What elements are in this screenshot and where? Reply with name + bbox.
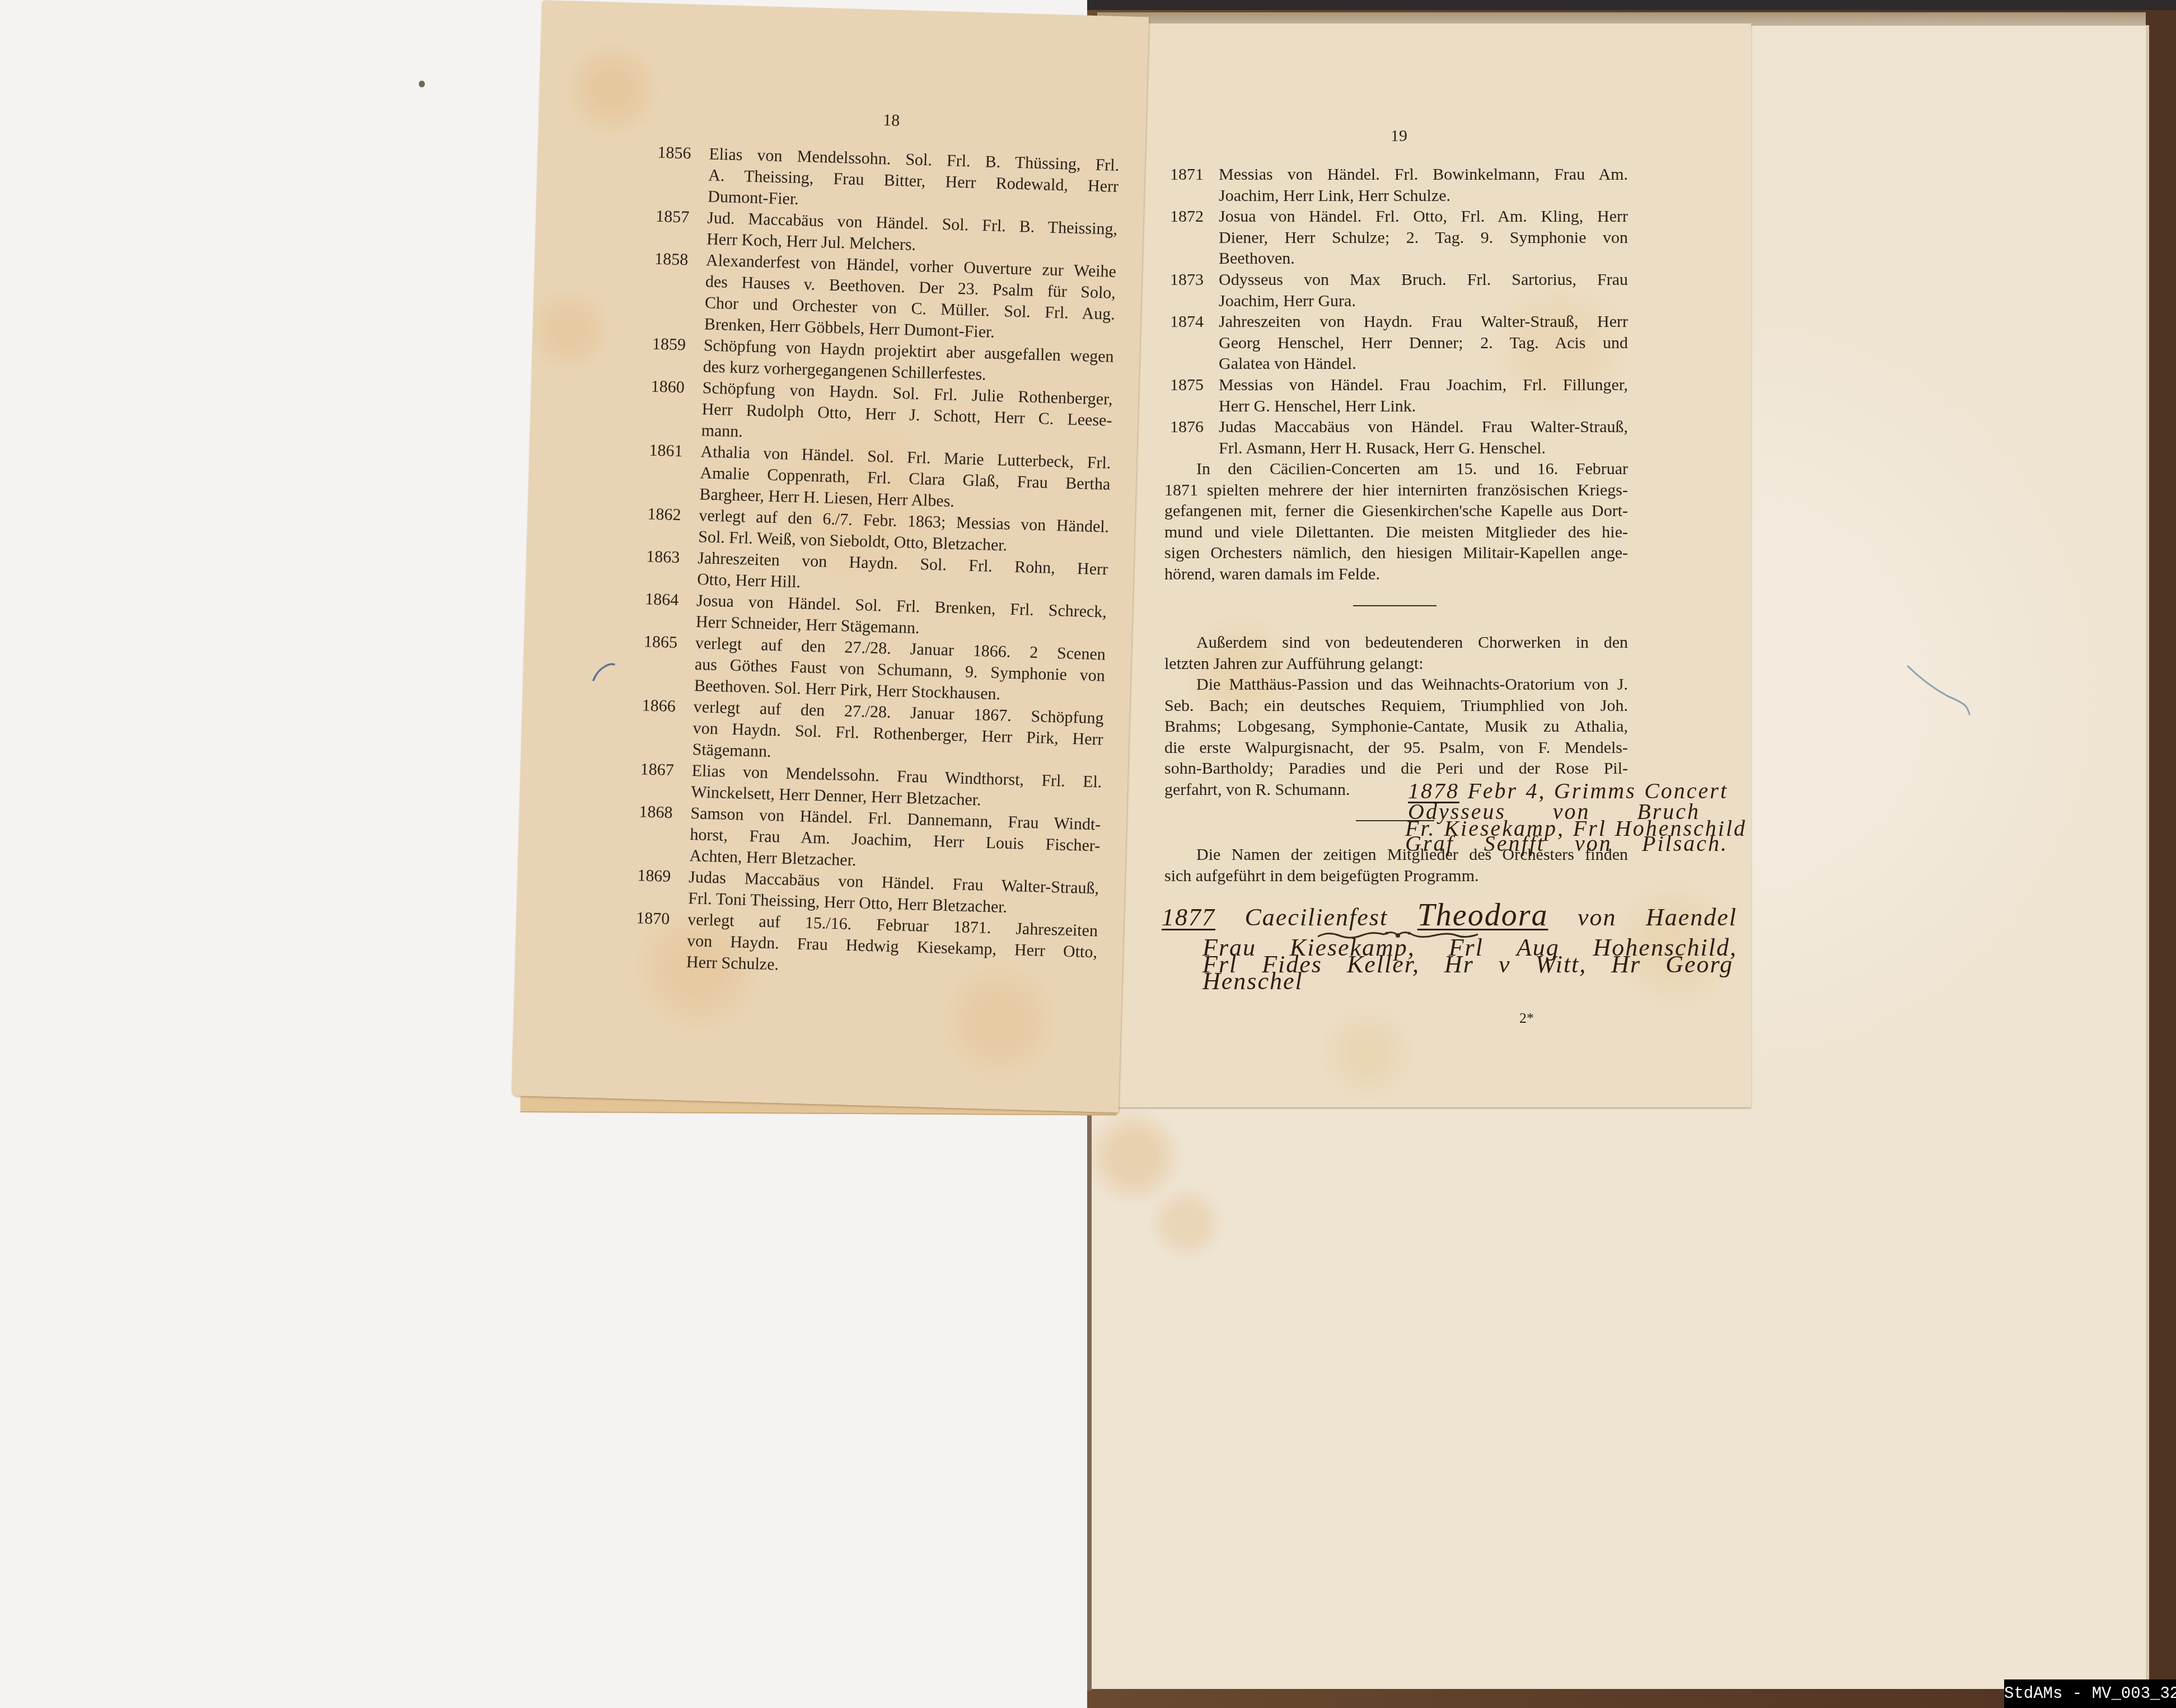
entry-year: 1862	[647, 504, 681, 526]
concert-entries: 1871 Messias von Händel. Frl. Bowinkelma…	[1170, 164, 1628, 458]
entry-line: Frl. Asmann, Herr H. Rusack, Herr G. Hen…	[1219, 438, 1628, 459]
entry-line: Messias von Händel. Frl. Bowinkelmann, F…	[1219, 164, 1628, 185]
page-number: 18	[874, 111, 909, 131]
entry-line: Galatea von Händel.	[1219, 353, 1628, 375]
scan-canvas: 19 1871 Messias von Händel. Frl. Bowinke…	[0, 0, 2176, 1708]
paragraph-line: sich aufgeführt in dem beigefügten Progr…	[1164, 865, 1628, 887]
handwritten-line: Graf Senfft von Pilsach.	[1405, 832, 1728, 855]
entry-year: 1857	[656, 206, 690, 228]
entry-line: Josua von Händel. Frl. Otto, Frl. Am. Kl…	[1219, 206, 1628, 227]
entry-year: 1864	[645, 589, 679, 611]
paragraph-choral-works-intro: Außerdem sind von bedeutenderen Chorwerk…	[1164, 632, 1628, 674]
concert-entry: 1876 Judas Maccabäus von Händel. Frau Wa…	[1170, 417, 1628, 458]
concert-entry: 1873 Odysseus von Max Bruch. Frl. Sartor…	[1170, 269, 1628, 311]
book-spine-cloth	[1087, 0, 2176, 10]
entry-year: 1875	[1170, 375, 1204, 396]
paragraph-line: 1871 spielten mehrere der hier internirt…	[1164, 480, 1628, 501]
entry-year: 1859	[652, 334, 686, 356]
paragraph-line: sigen Orchesters nämlich, den hiesigen M…	[1164, 542, 1628, 564]
entry-line: Herr G. Henschel, Herr Link.	[1219, 396, 1628, 417]
entry-year: 1869	[637, 865, 671, 887]
handwritten-work-title: Theodora	[1417, 898, 1548, 933]
handwritten-year: 1877	[1162, 904, 1215, 931]
entry-year: 1867	[640, 759, 674, 781]
concert-entries: 1856 Elias von Mendelssohn. Sol. Frl. B.…	[635, 142, 1120, 984]
paragraph-line: Brahms; Lobgesang, Symphonie-Cantate, Mu…	[1164, 716, 1628, 737]
concert-entry: 1875 Messias von Händel. Frau Joachim, F…	[1170, 375, 1628, 417]
concert-entry: 1872 Josua von Händel. Frl. Otto, Frl. A…	[1170, 206, 1628, 269]
handwritten-composer: von Haendel	[1578, 904, 1737, 931]
entry-year: 1856	[657, 142, 691, 165]
entry-year: 1866	[642, 695, 676, 717]
entry-line: Odysseus von Max Bruch. Frl. Sartorius, …	[1219, 269, 1628, 291]
entry-year: 1874	[1170, 311, 1204, 333]
entry-year: 1873	[1170, 269, 1204, 291]
section-divider	[1353, 605, 1436, 606]
concert-entry: 1871 Messias von Händel. Frl. Bowinkelma…	[1170, 164, 1628, 206]
entry-line: Joachim, Herr Link, Herr Schulze.	[1219, 185, 1628, 207]
paragraph-line: In den Cäcilien-Concerten am 15. und 16.…	[1164, 458, 1628, 480]
entry-line: Georg Henschel, Herr Denner; 2. Tag. Aci…	[1219, 333, 1628, 354]
blue-pencil-stroke-icon	[1903, 662, 1976, 718]
page-19: 19 1871 Messias von Händel. Frl. Bowinke…	[1111, 24, 1751, 1107]
entry-year: 1865	[644, 631, 678, 654]
page-18: 18 1856 Elias von Mendelssohn. Sol. Frl.…	[511, 0, 1149, 1113]
concert-entry: 1874 Jahreszeiten von Haydn. Frau Walter…	[1170, 311, 1628, 375]
concert-entry: 1858 Alexanderfest von Händel, vorher Ou…	[652, 249, 1116, 347]
paragraph-line: Die Matthäus-Passion und das Weihnachts-…	[1164, 674, 1628, 695]
entry-year: 1870	[636, 907, 670, 930]
concert-entry: 1870 verlegt auf 15./16. Februar 1871. J…	[635, 907, 1098, 984]
entry-line: Beethoven.	[1219, 248, 1628, 269]
paragraph-line: Außerdem sind von bedeutenderen Chorwerk…	[1164, 632, 1628, 653]
entry-line: Messias von Händel. Frau Joachim, Frl. F…	[1219, 375, 1628, 396]
paragraph-line: Seb. Bach; ein deutsches Requiem, Triump…	[1164, 695, 1628, 717]
paragraph-line: gefangenen mit, ferner die Giesenkirchen…	[1164, 500, 1628, 522]
entry-line: Jahreszeiten von Haydn. Frau Walter-Stra…	[1219, 311, 1628, 333]
blue-pencil-mark-icon	[591, 658, 619, 683]
entry-line: Diener, Herr Schulze; 2. Tag. 9. Symphon…	[1219, 227, 1628, 249]
paragraph-line: hörend, waren damals im Felde.	[1164, 564, 1628, 585]
handwritten-line: Henschel	[1202, 969, 1337, 994]
signature-mark: 2*	[1510, 1010, 1543, 1027]
entry-year: 1876	[1170, 417, 1204, 438]
handwritten-line: 1877 Caecilienfest Theodora von Haendel	[1162, 900, 1737, 931]
paragraph-line: die erste Walpurgisnacht, der 95. Psalm,…	[1164, 737, 1628, 759]
paragraph-line: letzten Jahren zur Aufführung gelangt:	[1164, 653, 1628, 675]
entry-year: 1863	[646, 546, 680, 569]
paragraph-1871-note: In den Cäcilien-Concerten am 15. und 16.…	[1164, 458, 1628, 585]
handwritten-event: Caecilienfest	[1244, 904, 1388, 931]
stray-ink-dot	[419, 81, 425, 87]
entry-year: 1868	[639, 801, 673, 823]
page-number: 19	[1382, 127, 1416, 146]
paragraph-line: sohn-Bartholdy; Paradies und die Peri un…	[1164, 758, 1628, 779]
paragraph-line: mund und viele Dilettanten. Die meisten …	[1164, 522, 1628, 543]
entry-year: 1872	[1170, 206, 1204, 227]
entry-year: 1861	[649, 440, 683, 462]
entry-line: Judas Maccabäus von Händel. Frau Walter-…	[1219, 417, 1628, 438]
entry-year: 1858	[654, 249, 689, 271]
archive-label: StdAMs - MV_003_324	[2004, 1679, 2176, 1708]
entry-year: 1860	[651, 376, 685, 399]
entry-year: 1871	[1170, 164, 1204, 185]
entry-line: Joachim, Herr Gura.	[1219, 291, 1628, 312]
